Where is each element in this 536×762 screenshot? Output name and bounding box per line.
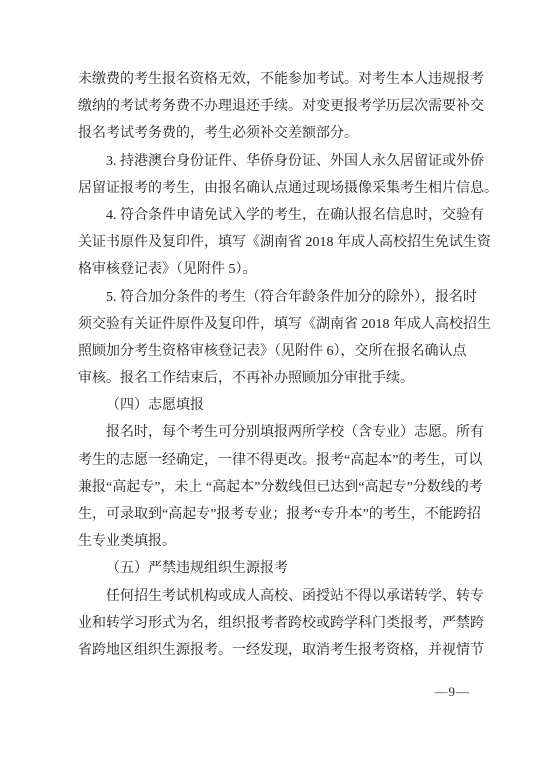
paragraph-line: 照顾加分考生资格审核登记表》（见附件 6），交所在报名确认点: [78, 338, 461, 365]
paragraph-line: 业和转学习形式为名，组织报考者跨校或跨学科门类报考，严禁跨: [78, 610, 461, 637]
paragraph-line: 关证书原件及复印件，填写《湖南省 2018 年成人高校招生免试生资: [78, 229, 461, 256]
paragraph-line: 生，可录取到“高起专”报考专业；报考“专升本”的考生，不能跨招: [78, 501, 461, 528]
paragraph-line: 生专业类填报。: [78, 528, 461, 555]
paragraph-line: 缴纳的考试考务费不办理退还手续。对变更报考学历层次需要补交: [78, 93, 461, 120]
paragraph-line: 报名时，每个考生可分别填报两所学校（含专业）志愿。所有: [78, 419, 461, 446]
paragraph-line: 报名考试考务费的，考生必须补交差额部分。: [78, 120, 461, 147]
document-page: 未缴费的考生报名资格无效，不能参加考试。对考生本人违规报考 缴纳的考试考务费不办…: [0, 0, 536, 762]
paragraph-line: 考生的志愿一经确定，一律不得更改。报考“高起本”的考生，可以: [78, 447, 461, 474]
document-body: 未缴费的考生报名资格无效，不能参加考试。对考生本人违规报考 缴纳的考试考务费不办…: [78, 66, 461, 664]
paragraph-line: 未缴费的考生报名资格无效，不能参加考试。对考生本人违规报考: [78, 66, 461, 93]
paragraph-line: 须交验有关证件原件及复印件，填写《湖南省 2018 年成人高校招生: [78, 311, 461, 338]
list-item-4-line: 4. 符合条件申请免试入学的考生，在确认报名信息时，交验有: [78, 202, 461, 229]
paragraph-line: 任何招生考试机构或成人高校、函授站不得以承诺转学、转专: [78, 583, 461, 610]
section-heading-4: （四）志愿填报: [78, 392, 461, 419]
paragraph-line: 省跨地区组织生源报考。一经发现，取消考生报考资格，并视情节: [78, 637, 461, 664]
list-item-3-line: 3. 持港澳台身份证件、华侨身份证、外国人永久居留证或外侨: [78, 148, 461, 175]
list-item-5-line: 5. 符合加分条件的考生（符合年龄条件加分的除外），报名时: [78, 284, 461, 311]
paragraph-line: 居留证报考的考生，由报名确认点通过现场摄像采集考生相片信息。: [78, 175, 461, 202]
paragraph-line: 兼报“高起专”，未上 “高起本”分数线但已达到“高起专”分数线的考: [78, 474, 461, 501]
paragraph-line: 审核。报名工作结束后，不再补办照顾加分审批手续。: [78, 365, 461, 392]
paragraph-line: 格审核登记表》（见附件 5）。: [78, 256, 461, 283]
section-heading-5: （五）严禁违规组织生源报考: [78, 555, 461, 582]
page-number: —9—: [435, 684, 471, 700]
